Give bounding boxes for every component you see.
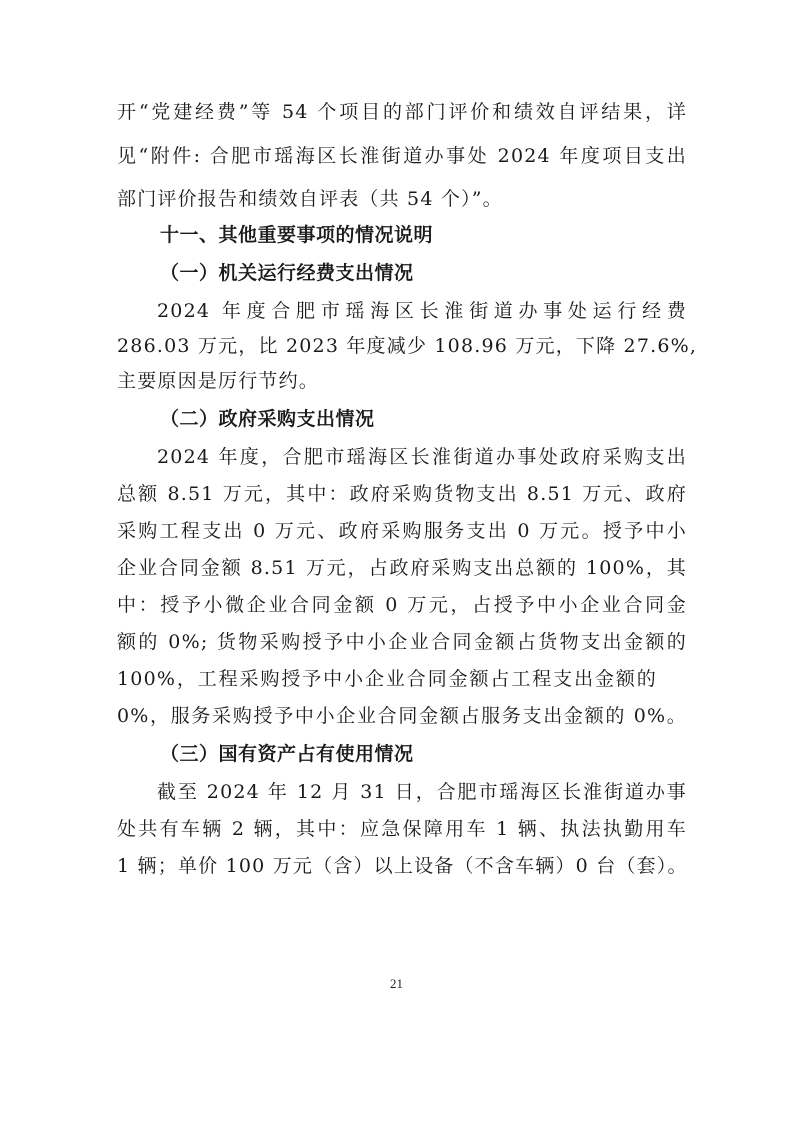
paragraph-line: 处共有车辆 2 辆，其中：应急保障用车 1 辆、执法执勤用车 [117,816,687,842]
paragraph-line: 2024 年度，合肥市瑶海区长淮街道办事处政府采购支出 [157,444,687,470]
paragraph-line: 总额 8.51 万元，其中：政府采购货物支出 8.51 万元、政府 [117,481,687,507]
paragraph-line: 部门评价报告和绩效自评表（共 54 个）”。 [117,186,687,212]
paragraph-line: 截至 2024 年 12 月 31 日，合肥市瑶海区长淮街道办事 [157,779,687,805]
paragraph-line: 中：授予小微企业合同金额 0 万元，占授予中小企业合同金 [117,592,687,618]
subsection-heading: （二）政府采购支出情况 [160,406,690,432]
paragraph-line: 额的 0%; 货物采购授予中小企业合同金额占货物支出金额的 [117,629,687,655]
paragraph-line: 0%，服务采购授予中小企业合同金额占服务支出金额的 0%。 [117,703,687,729]
subsection-heading: （一）机关运行经费支出情况 [160,260,690,286]
section-heading: 十一、其他重要事项的情况说明 [160,222,690,248]
document-page: 开“党建经费”等 54 个项目的部门评价和绩效自评结果，详 见“附件: 合肥市瑶… [0,0,793,1122]
paragraph-line: 1 辆；单价 100 万元（含）以上设备（不含车辆）0 台（套）。 [117,853,687,879]
paragraph-line: 采购工程支出 0 万元、政府采购服务支出 0 万元。授予中小 [117,518,687,544]
paragraph-line: 2024 年度合肥市瑶海区长淮街道办事处运行经费 [157,298,687,324]
paragraph-line: 100%，工程采购授予中小企业合同金额占工程支出金额的 [117,666,657,692]
page-number: 21 [0,976,793,992]
paragraph-line: 开“党建经费”等 54 个项目的部门评价和绩效自评结果，详 [117,99,687,125]
paragraph-line: 286.03 万元，比 2023 年度减少 108.96 万元，下降 27.6%… [117,333,687,359]
subsection-heading: （三）国有资产占有使用情况 [160,741,690,767]
paragraph-line: 见“附件: 合肥市瑶海区长淮街道办事处 2024 年度项目支出 [117,143,687,169]
paragraph-line: 主要原因是厉行节约。 [117,368,687,394]
paragraph-line: 企业合同金额 8.51 万元，占政府采购支出总额的 100%，其 [117,555,687,581]
